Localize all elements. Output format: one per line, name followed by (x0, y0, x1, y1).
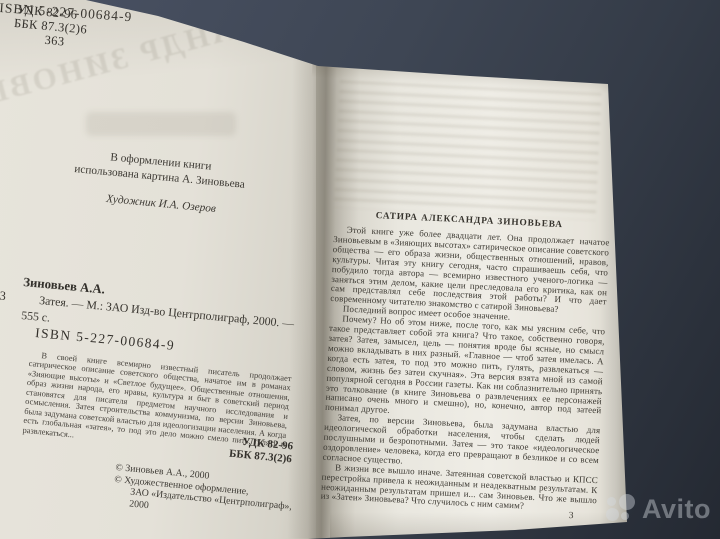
bibliographic-entry-line2: 555 с. (21, 308, 51, 326)
author-name: Зиновьев А.А. (23, 275, 106, 298)
isbn-line: ISBN 5-227-00684-9 (35, 325, 176, 354)
avito-logo-icon (606, 494, 637, 525)
avito-watermark: Avito (606, 494, 711, 525)
page-number: 3 (569, 511, 574, 521)
essay-body: Этой книге уже более двадцати лет. Она п… (320, 225, 609, 516)
show-through-smudge (86, 112, 236, 136)
bibliographic-entry-line1: Затея. — М.: ЗАО Изд-во Центрполиграф, 2… (39, 293, 295, 332)
copyright-block: © Зиновьев А.А., 2000 © Художественное о… (112, 462, 295, 525)
margin-author-code: 63 (0, 288, 6, 304)
book-photo: АЛЕКСАНДР ЗИНОВЬЕВ УДК 82-96 ББК 87.3(2)… (0, 0, 720, 539)
body-paragraph: Почему? Но об этом ниже, после того, как… (325, 314, 606, 426)
open-book-pages: АЛЕКСАНДР ЗИНОВЬЕВ УДК 82-96 ББК 87.3(2)… (0, 0, 720, 539)
body-paragraph: Этой книге уже более двадцати лет. Она п… (330, 225, 610, 318)
avito-brand-text: Avito (642, 494, 711, 525)
show-through-paragraph-texture (334, 80, 602, 221)
right-page-bottom-shadow (330, 512, 630, 538)
artist-credit: Художник И.А. Озеров (63, 189, 259, 219)
design-note: В оформлении книги использована картина … (61, 146, 259, 194)
